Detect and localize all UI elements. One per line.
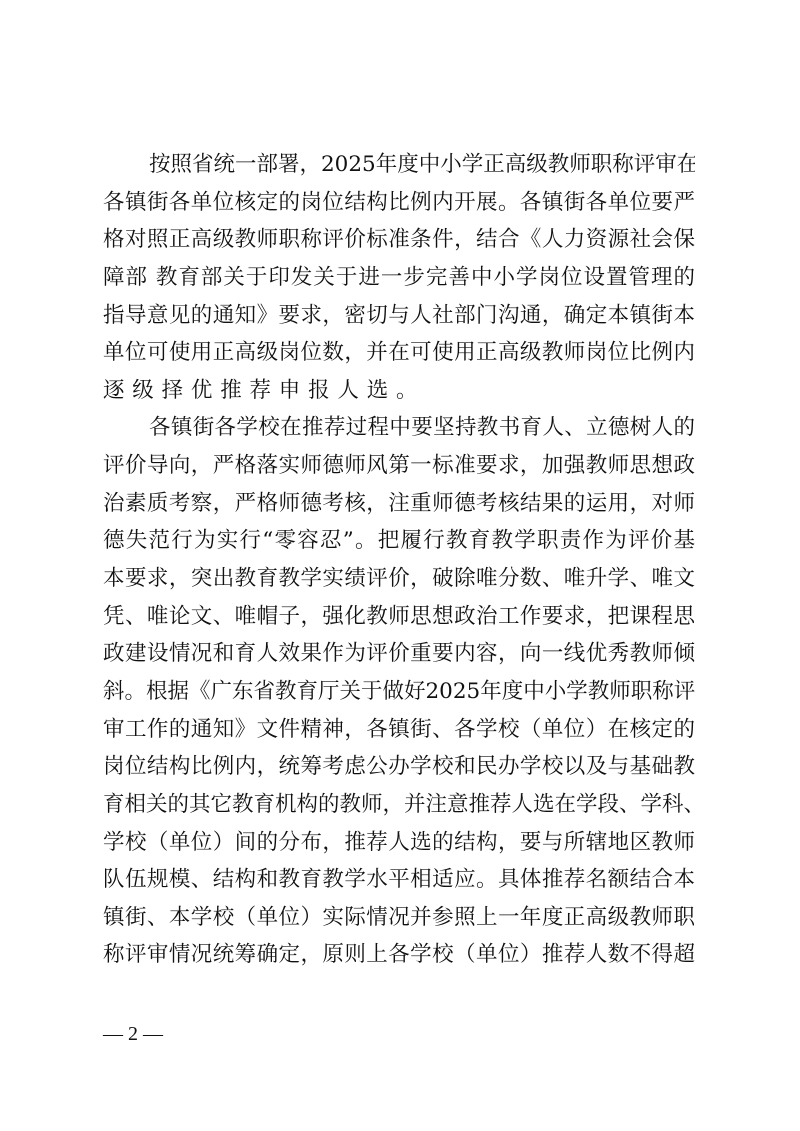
text-line: 指导意见的通知》要求，密切与人社部门沟通，确定本镇街本: [103, 297, 695, 335]
text-line: 障部 教育部关于印发关于进一步完善中小学岗位设置管理的: [103, 259, 695, 297]
text-line: 称评审情况统筹确定，原则上各学校（单位）推荐人数不得超: [103, 936, 695, 974]
paragraph-2: 各镇街各学校在推荐过程中要坚持教书育人、立德树人的 评价导向，严格落实师德师风第…: [103, 409, 695, 974]
text-line: 德失范行为实行“零容忍”。把履行教育教学职责作为评价基: [103, 522, 695, 560]
text-line: 队伍规模、结构和教育教学水平相适应。具体推荐名额结合本: [103, 861, 695, 899]
paragraph-1: 按照省统一部署，2025年度中小学正高级教师职称评审在 各镇街各单位核定的岗位结…: [103, 146, 695, 409]
text-line: 镇街、本学校（单位）实际情况并参照上一年度正高级教师职: [103, 899, 695, 937]
page-number: — 2 —: [103, 1020, 163, 1048]
text-line: 按照省统一部署，2025年度中小学正高级教师职称评审在: [103, 146, 695, 184]
text-line: 育相关的其它教育机构的教师，并注意推荐人选在学段、学科、: [103, 786, 695, 824]
text-line: 治素质考察，严格师德考核，注重师德考核结果的运用，对师: [103, 485, 695, 523]
text-line: 凭、唯论文、唯帽子，强化教师思想政治工作要求，把课程思: [103, 598, 695, 636]
text-line: 逐级择优推荐申报人选。: [103, 372, 695, 410]
text-line: 各镇街各学校在推荐过程中要坚持教书育人、立德树人的: [103, 409, 695, 447]
text-line: 格对照正高级教师职称评价标准条件，结合《人力资源社会保: [103, 221, 695, 259]
text-line: 各镇街各单位核定的岗位结构比例内开展。各镇街各单位要严: [103, 184, 695, 222]
document-body: 按照省统一部署，2025年度中小学正高级教师职称评审在 各镇街各单位核定的岗位结…: [103, 146, 695, 974]
text-line: 单位可使用正高级岗位数，并在可使用正高级教师岗位比例内: [103, 334, 695, 372]
text-line: 斜。根据《广东省教育厅关于做好2025年度中小学教师职称评: [103, 673, 695, 711]
text-line: 政建设情况和育人效果作为评价重要内容，向一线优秀教师倾: [103, 635, 695, 673]
text-line: 学校（单位）间的分布，推荐人选的结构，要与所辖地区教师: [103, 824, 695, 862]
text-line: 评价导向，严格落实师德师风第一标准要求，加强教师思想政: [103, 447, 695, 485]
text-line: 审工作的通知》文件精神，各镇街、各学校（单位）在核定的: [103, 711, 695, 749]
text-line: 本要求，突出教育教学实绩评价，破除唯分数、唯升学、唯文: [103, 560, 695, 598]
text-line: 岗位结构比例内，统筹考虑公办学校和民办学校以及与基础教: [103, 748, 695, 786]
document-page: 按照省统一部署，2025年度中小学正高级教师职称评审在 各镇街各单位核定的岗位结…: [0, 0, 800, 1131]
